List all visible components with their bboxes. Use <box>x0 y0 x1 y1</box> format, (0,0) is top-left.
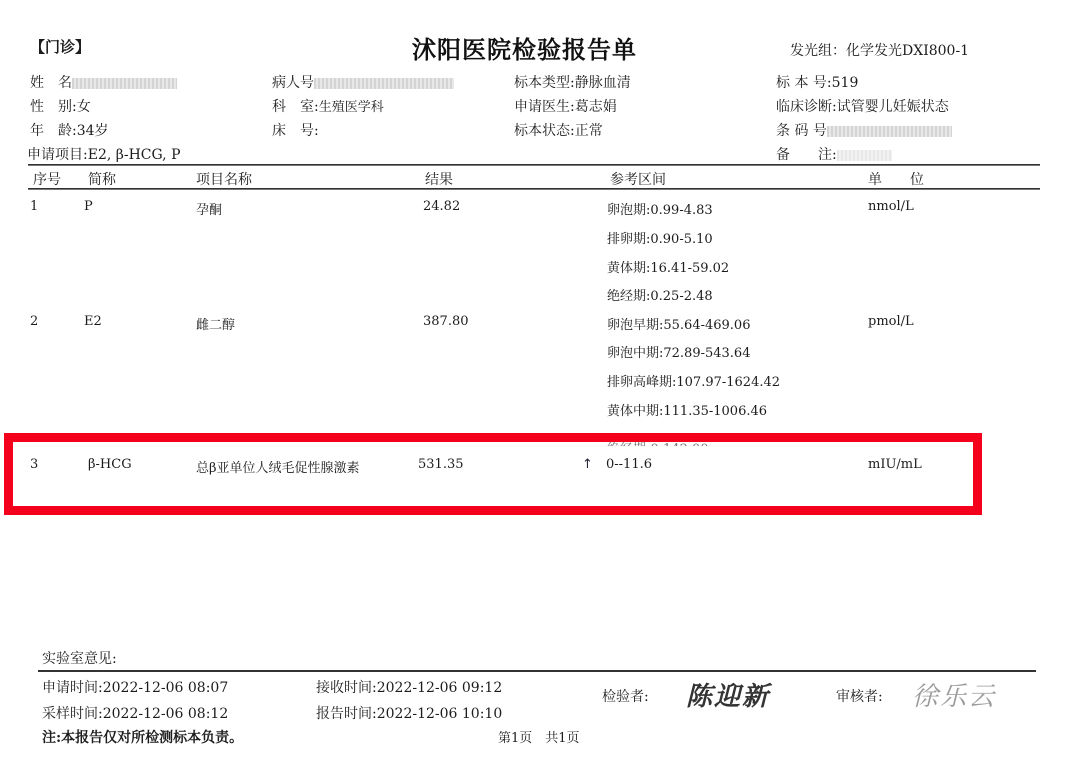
col-header-abbr: 简称 <box>88 169 116 189</box>
request-time-value: 2022-12-06 08:07 <box>103 680 229 696</box>
requested-items-field: 申请项目:E2, β-HCG, P <box>27 144 181 164</box>
age-value: 34岁 <box>77 123 109 139</box>
gender-label: 性 别: <box>30 99 77 115</box>
cell-abbr: E2 <box>84 314 102 329</box>
age-field: 年 龄:34岁 <box>30 120 109 140</box>
patient-id-field: 病人号 <box>272 72 454 92</box>
name-field: 姓 名 <box>30 72 177 92</box>
cell-abbr: β-HCG <box>88 457 132 472</box>
col-header-result: 结果 <box>425 169 453 189</box>
specimen-status-value: 正常 <box>575 123 603 139</box>
cell-unit: pmol/L <box>868 314 914 329</box>
diagnosis-label: 临床诊断: <box>776 99 837 115</box>
cell-seq: 1 <box>30 199 38 214</box>
cell-result: 531.35 <box>418 457 464 472</box>
divider-footer <box>38 670 1036 672</box>
inspector-signature: 陈迎新 <box>686 676 770 713</box>
receive-time-label: 接收时间: <box>316 680 377 696</box>
name-redacted <box>72 78 177 89</box>
barcode-redacted <box>827 126 952 137</box>
department-label: 科 室: <box>272 99 319 115</box>
cell-result: 387.80 <box>423 314 469 329</box>
gender-field: 性 别:女 <box>30 96 91 116</box>
sample-time-field: 采样时间:2022-12-06 08:12 <box>42 703 228 723</box>
requested-items-value: E2, β-HCG, P <box>88 147 181 163</box>
remark-label: 备 注: <box>776 147 837 163</box>
cell-reference: 黄体中期:111.35-1006.46 <box>607 400 767 419</box>
specimen-status-label: 标本状态: <box>514 123 575 139</box>
reviewer-label: 审核者: <box>836 686 883 706</box>
cell-reference: 卵泡早期:55.64-469.06 <box>607 314 750 333</box>
sample-time-label: 采样时间: <box>42 706 103 722</box>
cell-reference: 黄体期:16.41-59.02 <box>607 257 729 276</box>
diagnosis-field: 临床诊断:试管婴儿妊娠状态 <box>776 96 949 116</box>
cell-name: 孕酮 <box>196 199 222 218</box>
receive-time-field: 接收时间:2022-12-06 09:12 <box>316 677 502 697</box>
cell-unit: nmol/L <box>868 199 914 214</box>
divider-top <box>28 164 1040 166</box>
cell-reference: 0--11.6 <box>606 457 652 472</box>
patient-id-redacted <box>314 78 454 89</box>
remark-redacted <box>837 150 892 161</box>
highlight-box <box>4 433 982 515</box>
specimen-no-field: 标 本 号:519 <box>776 72 858 92</box>
specimen-type-label: 标本类型: <box>514 75 575 91</box>
report-time-field: 报告时间:2022-12-06 10:10 <box>316 703 502 723</box>
specimen-no-label: 标 本 号: <box>776 75 832 91</box>
cell-reference: 绝经期:0.25-2.48 <box>607 285 713 304</box>
age-label: 年 龄: <box>30 123 77 139</box>
specimen-type-field: 标本类型:静脉血清 <box>514 72 631 92</box>
report-title: 沭阳医院检验报告单 <box>412 30 637 65</box>
cell-reference: 卵泡期:0.99-4.83 <box>607 199 713 218</box>
specimen-status-field: 标本状态:正常 <box>514 120 603 140</box>
gender-value: 女 <box>77 99 91 115</box>
request-time-field: 申请时间:2022-12-06 08:07 <box>42 677 228 697</box>
remark-field: 备 注: <box>776 144 892 164</box>
col-header-reference: 参考区间 <box>610 169 666 189</box>
col-header-name: 项目名称 <box>196 169 252 189</box>
department-value: 生殖医学科 <box>319 100 384 115</box>
col-header-seq: 序号 <box>33 169 61 189</box>
doctor-value: 葛志娟 <box>575 99 617 115</box>
barcode-field: 条 码 号 <box>776 120 952 140</box>
cell-unit: mIU/mL <box>868 457 922 472</box>
col-header-unit: 单 位 <box>868 169 924 189</box>
report-time-value: 2022-12-06 10:10 <box>377 706 503 722</box>
cell-seq: 3 <box>30 457 38 472</box>
divider-header <box>28 188 1040 190</box>
cell-result: 24.82 <box>423 199 460 214</box>
sample-time-value: 2022-12-06 08:12 <box>103 706 229 722</box>
cell-seq: 2 <box>30 314 38 329</box>
requested-items-label: 申请项目: <box>27 147 88 163</box>
diagnosis-value: 试管婴儿妊娠状态 <box>837 99 949 115</box>
doctor-label: 申请医生: <box>514 99 575 115</box>
name-label: 姓 名 <box>30 75 72 91</box>
lab-opinion-label: 实验室意见: <box>42 648 117 668</box>
page-info: 第1页 共1页 <box>498 727 580 746</box>
cell-name: 总β亚单位人绒毛促性腺激素 <box>196 457 360 476</box>
barcode-label: 条 码 号 <box>776 123 827 139</box>
cell-abbr: P <box>84 199 93 214</box>
report-time-label: 报告时间: <box>316 706 377 722</box>
bed-label: 床 号: <box>272 123 319 139</box>
cell-name: 雌二醇 <box>196 314 235 333</box>
bed-field: 床 号: <box>272 120 319 140</box>
receive-time-value: 2022-12-06 09:12 <box>377 680 503 696</box>
cell-reference: 排卵期:0.90-5.10 <box>607 228 713 247</box>
group-label: 发光组：化学发光DXI800-1 <box>790 40 969 60</box>
inspector-label: 检验者: <box>602 686 649 706</box>
department-field: 科 室:生殖医学科 <box>272 96 384 116</box>
request-time-label: 申请时间: <box>42 680 103 696</box>
department-tag: 【门诊】 <box>30 36 90 57</box>
cell-reference: 排卵高峰期:107.97-1624.42 <box>607 371 780 390</box>
doctor-field: 申请医生:葛志娟 <box>514 96 617 116</box>
specimen-type-value: 静脉血清 <box>575 75 631 91</box>
patient-id-label: 病人号 <box>272 75 314 91</box>
disclaimer-note: 注:本报告仅对所检测标本负责。 <box>42 727 243 747</box>
high-flag-arrow-icon: ↑ <box>582 457 593 472</box>
specimen-no-value: 519 <box>832 75 859 91</box>
reviewer-signature: 徐乐云 <box>912 676 996 713</box>
cell-reference: 卵泡中期:72.89-543.64 <box>607 342 750 361</box>
